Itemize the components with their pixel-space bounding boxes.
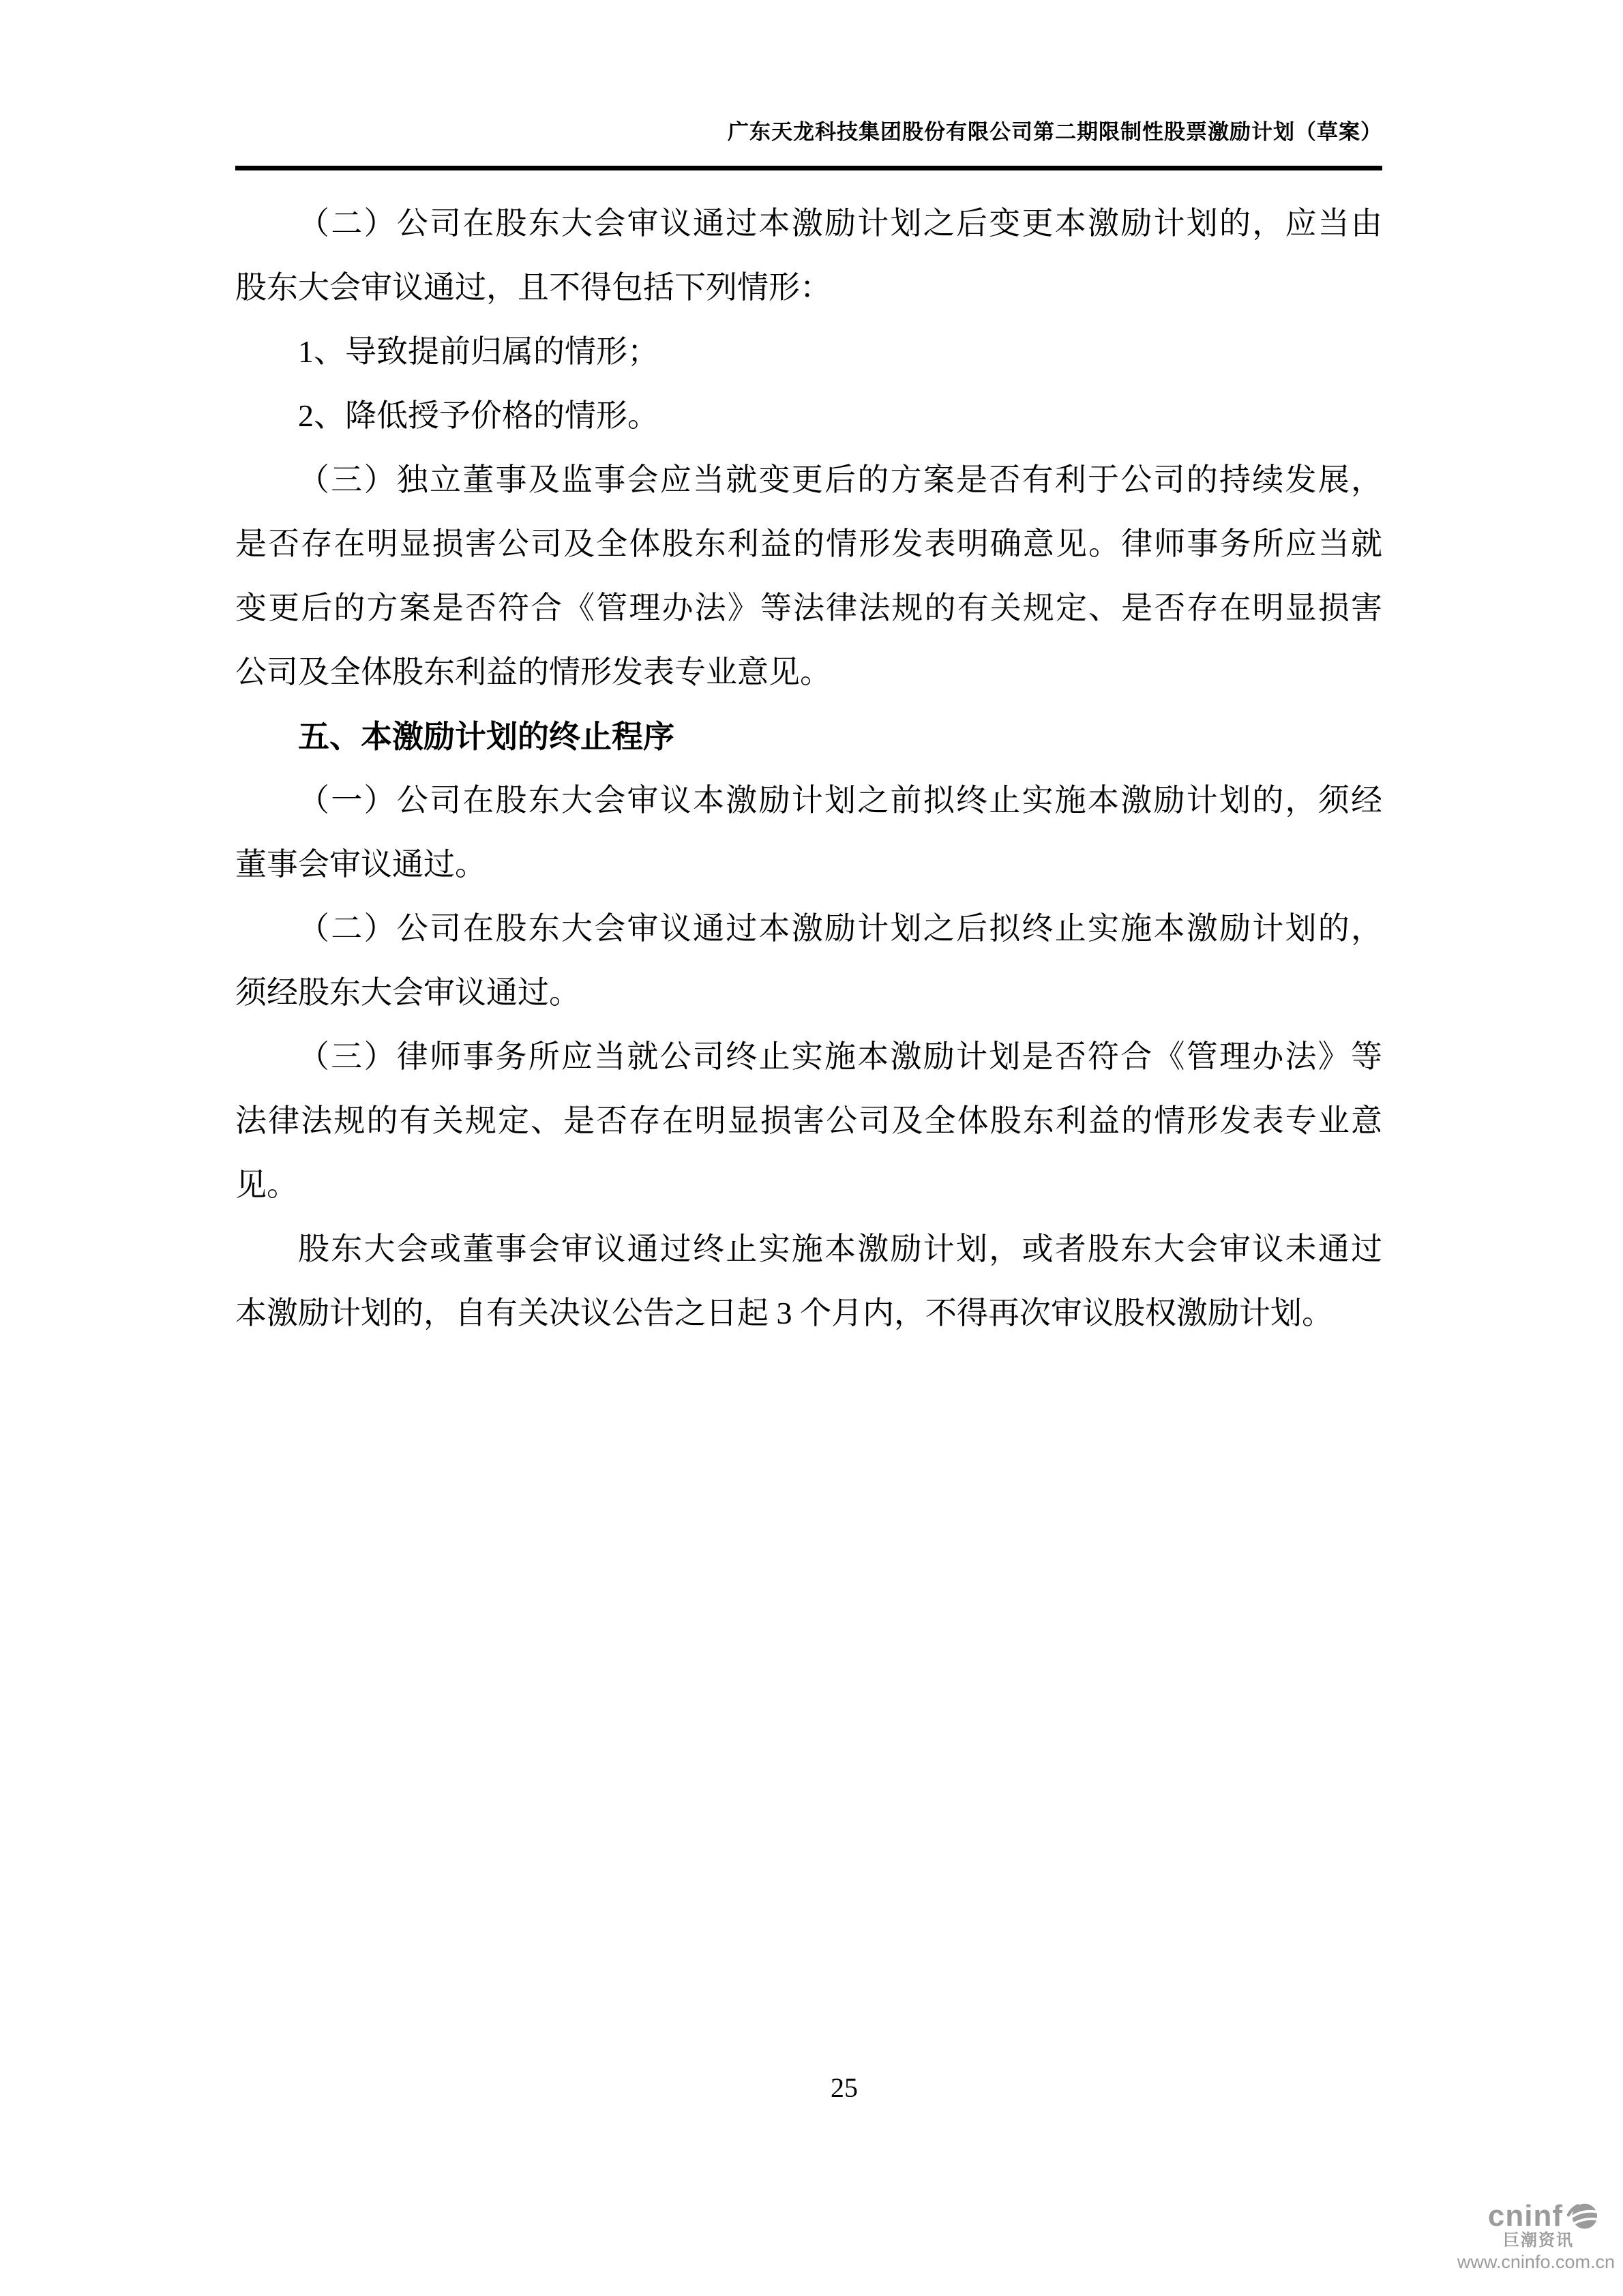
document-body: （二）公司在股东大会审议通过本激励计划之后变更本激励计划的，应当由 股东大会审议… xyxy=(235,192,1382,1345)
doc-line: 变更后的方案是否符合《管理办法》等法律法规的有关规定、是否存在明显损害 xyxy=(235,576,1382,640)
doc-line: 1、导致提前归属的情形； xyxy=(235,320,1382,384)
doc-line: （三）独立董事及监事会应当就变更后的方案是否有利于公司的持续发展， xyxy=(235,448,1382,512)
cninfo-url: www.cninfo.com.cn xyxy=(1438,2253,1615,2271)
doc-line: 法律法规的有关规定、是否存在明显损害公司及全体股东利益的情形发表专业意 xyxy=(235,1089,1382,1153)
doc-line: （二）公司在股东大会审议通过本激励计划之后拟终止实施本激励计划的， xyxy=(235,897,1382,961)
doc-line: 本激励计划的，自有关决议公告之日起 3 个月内，不得再次审议股权激励计划。 xyxy=(235,1281,1382,1345)
doc-line: 是否存在明显损害公司及全体股东利益的情形发表明确意见。律师事务所应当就 xyxy=(235,512,1382,576)
section-heading: 五、本激励计划的终止程序 xyxy=(235,704,1382,769)
header-title: 广东天龙科技集团股份有限公司第二期限制性股票激励计划（草案） xyxy=(235,115,1382,145)
doc-line: 股东大会审议通过，且不得包括下列情形： xyxy=(235,256,1382,320)
header-rule xyxy=(235,166,1382,170)
doc-line: （二）公司在股东大会审议通过本激励计划之后变更本激励计划的，应当由 xyxy=(235,192,1382,256)
document-page: 广东天龙科技集团股份有限公司第二期限制性股票激励计划（草案） （二）公司在股东大… xyxy=(0,0,1623,2296)
doc-line: 2、降低授予价格的情形。 xyxy=(235,384,1382,448)
cninfo-logo-row: cninf xyxy=(1438,2201,1598,2231)
doc-line: （三）律师事务所应当就公司终止实施本激励计划是否符合《管理办法》等 xyxy=(235,1025,1382,1089)
doc-line: 公司及全体股东利益的情形发表专业意见。 xyxy=(235,640,1382,704)
cninfo-brand-text: cninf xyxy=(1488,2201,1563,2231)
cninfo-logo: cninf 巨潮资讯 www.cninfo.com.cn xyxy=(1438,2201,1615,2271)
doc-line: 见。 xyxy=(235,1153,1382,1217)
cninfo-brand-cn: 巨潮资讯 xyxy=(1438,2233,1574,2249)
cninfo-globe-icon xyxy=(1567,2201,1598,2231)
doc-line: （一）公司在股东大会审议本激励计划之前拟终止实施本激励计划的，须经 xyxy=(235,769,1382,833)
page-number: 25 xyxy=(831,2072,858,2104)
doc-line: 股东大会或董事会审议通过终止实施本激励计划，或者股东大会审议未通过 xyxy=(235,1217,1382,1281)
doc-line: 须经股东大会审议通过。 xyxy=(235,961,1382,1025)
doc-line: 董事会审议通过。 xyxy=(235,833,1382,897)
